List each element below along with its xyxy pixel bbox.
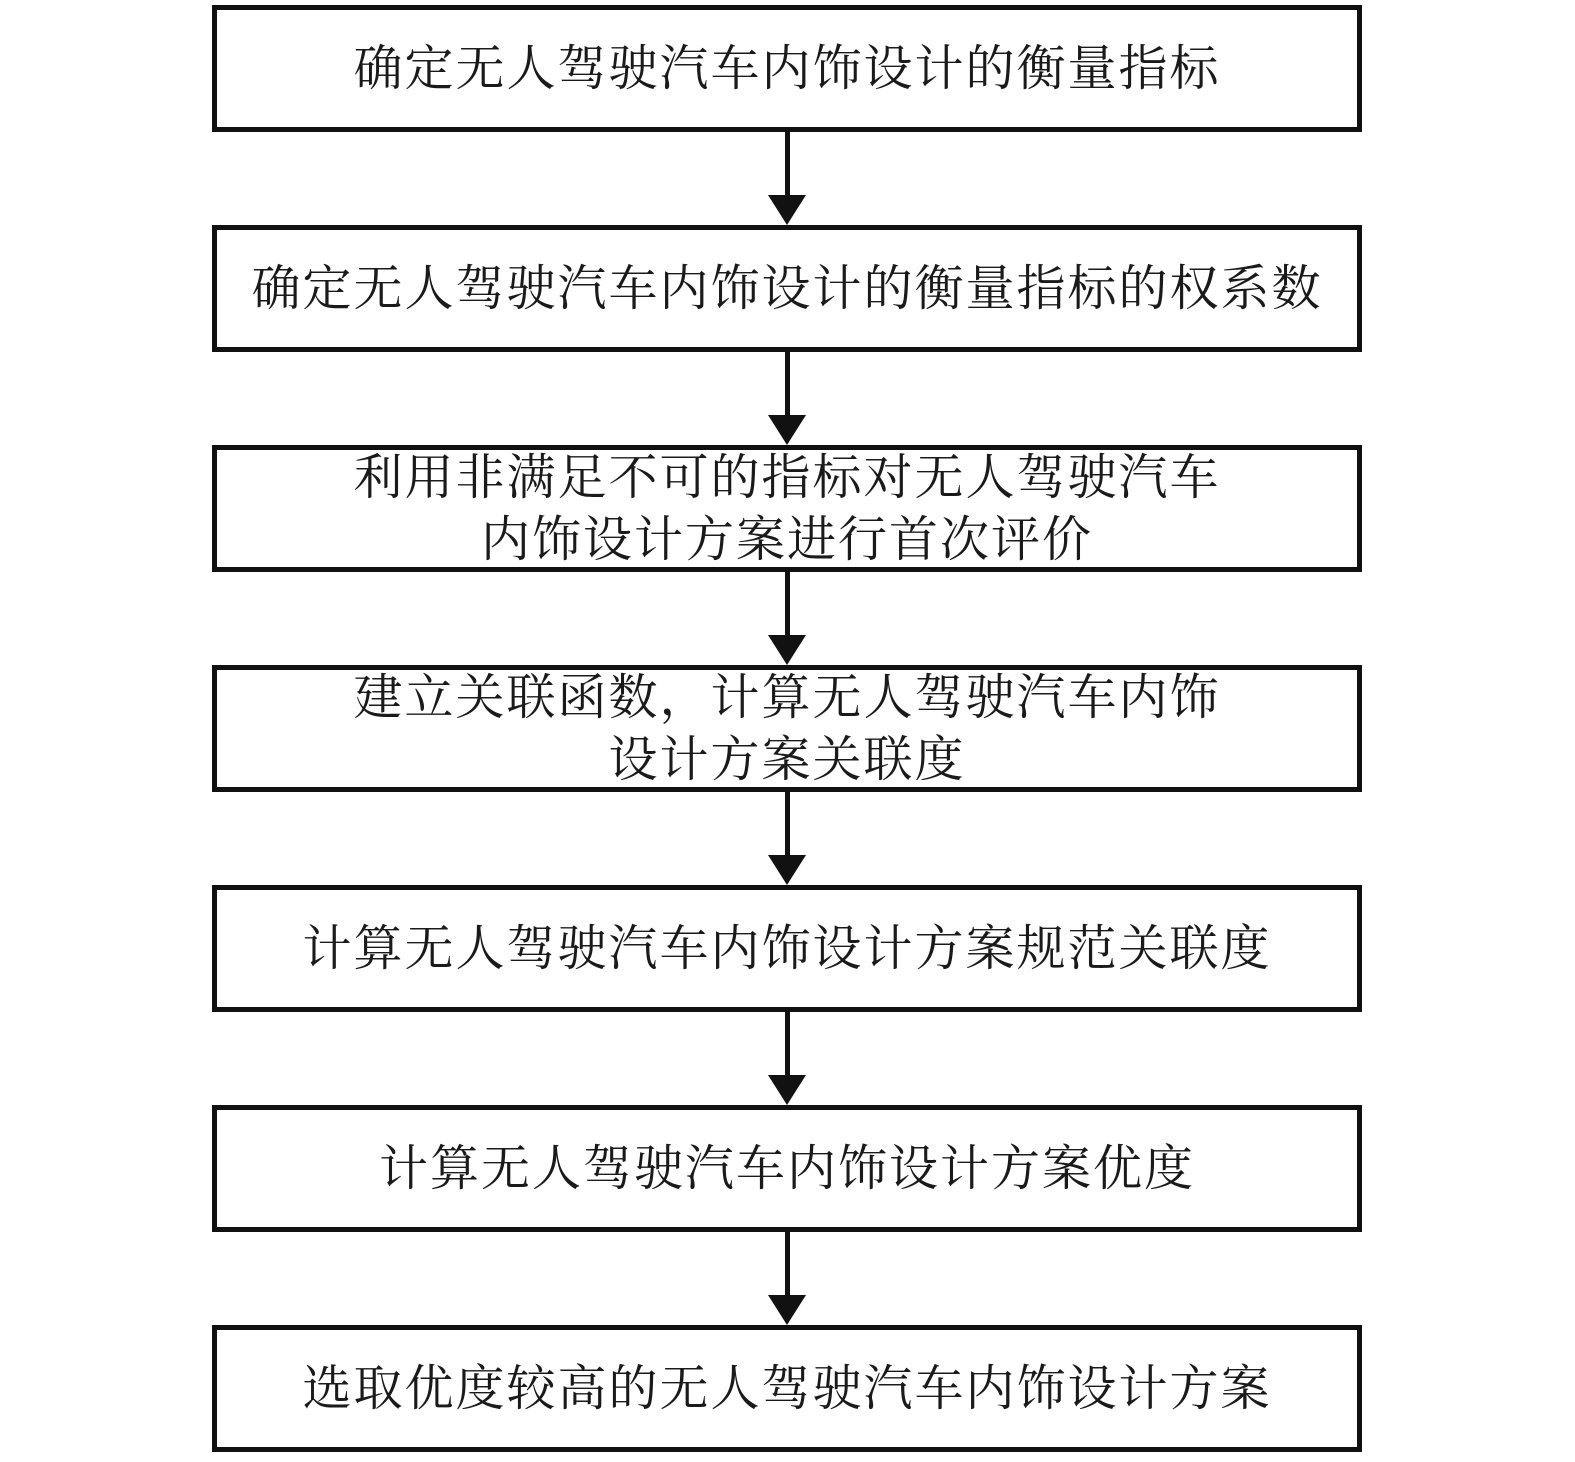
arrow-head xyxy=(768,855,806,885)
flow-step-7: 选取优度较高的无人驾驶汽车内饰设计方案 xyxy=(212,1325,1362,1452)
arrow-head xyxy=(768,1295,806,1325)
flow-step-4: 建立关联函数，计算无人驾驶汽车内饰 设计方案关联度 xyxy=(212,665,1362,792)
flow-step-6-label: 计算无人驾驶汽车内饰设计方案优度 xyxy=(379,1138,1195,1199)
flow-arrow-3-down-icon xyxy=(768,572,806,665)
flow-step-6: 计算无人驾驶汽车内饰设计方案优度 xyxy=(212,1105,1362,1232)
flow-step-1-label: 确定无人驾驶汽车内饰设计的衡量指标 xyxy=(353,38,1220,99)
flowchart: 确定无人驾驶汽车内饰设计的衡量指标 确定无人驾驶汽车内饰设计的衡量指标的权系数 … xyxy=(212,5,1362,1452)
arrow-line xyxy=(785,132,790,196)
flow-arrow-5-down-icon xyxy=(768,1012,806,1105)
flow-step-5-label: 计算无人驾驶汽车内饰设计方案规范关联度 xyxy=(302,918,1271,979)
flow-arrow-6-down-icon xyxy=(768,1232,806,1325)
flow-arrow-1-down-icon xyxy=(768,132,806,225)
flow-arrow-4-down-icon xyxy=(768,792,806,885)
arrow-line xyxy=(785,572,790,636)
flow-step-1: 确定无人驾驶汽车内饰设计的衡量指标 xyxy=(212,5,1362,132)
arrow-line xyxy=(785,1012,790,1076)
arrow-line xyxy=(785,792,790,856)
flow-step-4-label: 建立关联函数，计算无人驾驶汽车内饰 设计方案关联度 xyxy=(353,667,1220,790)
flow-step-2-label: 确定无人驾驶汽车内饰设计的衡量指标的权系数 xyxy=(251,258,1322,319)
arrow-head xyxy=(768,635,806,665)
arrow-line xyxy=(785,1232,790,1296)
arrow-head xyxy=(768,1075,806,1105)
flow-step-2: 确定无人驾驶汽车内饰设计的衡量指标的权系数 xyxy=(212,225,1362,352)
flow-step-7-label: 选取优度较高的无人驾驶汽车内饰设计方案 xyxy=(302,1358,1271,1419)
flow-step-5: 计算无人驾驶汽车内饰设计方案规范关联度 xyxy=(212,885,1362,1012)
arrow-line xyxy=(785,352,790,416)
arrow-head xyxy=(768,415,806,445)
arrow-head xyxy=(768,195,806,225)
flow-step-3-label: 利用非满足不可的指标对无人驾驶汽车 内饰设计方案进行首次评价 xyxy=(353,447,1220,570)
flowchart-canvas: 确定无人驾驶汽车内饰设计的衡量指标 确定无人驾驶汽车内饰设计的衡量指标的权系数 … xyxy=(0,0,1575,1462)
flow-arrow-2-down-icon xyxy=(768,352,806,445)
flow-step-3: 利用非满足不可的指标对无人驾驶汽车 内饰设计方案进行首次评价 xyxy=(212,445,1362,572)
